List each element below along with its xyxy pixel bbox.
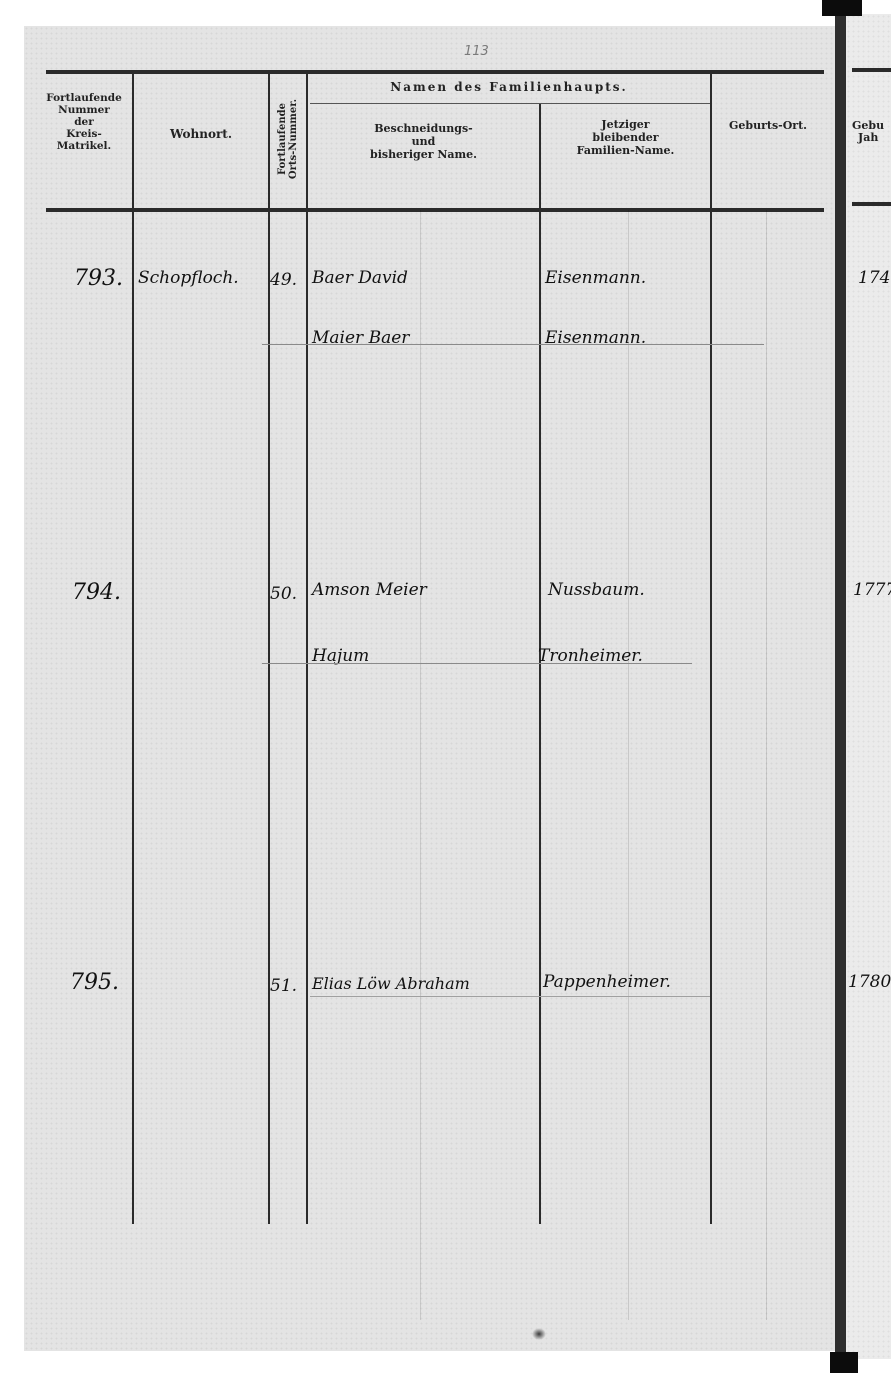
col-line-3 xyxy=(306,74,308,1224)
header-line: Nummer xyxy=(36,104,132,116)
header-wohnort: Wohnort. xyxy=(134,128,268,140)
facing-page-strip xyxy=(846,14,891,1359)
register-page xyxy=(24,26,836,1351)
familien-name: Nussbaum. xyxy=(548,580,645,600)
entry-underline xyxy=(310,996,710,997)
facing-header-top-rule xyxy=(852,68,891,72)
bisheriger-name: Elias Löw Abraham xyxy=(312,974,470,993)
header-kreis-nummer: Fortlaufende Nummer der Kreis- Matrikel. xyxy=(36,92,132,152)
faint-ruling xyxy=(766,210,767,1320)
scan-border-bottom xyxy=(830,1352,858,1373)
col-line-5 xyxy=(710,74,712,1224)
header-geburts-ort: Geburts-Ort. xyxy=(712,120,824,132)
header-bisheriger-name: Beschneidungs- und bisheriger Name. xyxy=(308,122,539,161)
familien-name: Pappenheimer. xyxy=(543,972,671,992)
header-line: Jetziger xyxy=(541,118,710,131)
header-line: bleibender xyxy=(541,131,710,144)
kreis-nummer: 793. xyxy=(74,266,123,291)
header-line: Kreis- xyxy=(36,128,132,140)
header-line: der xyxy=(36,116,132,128)
header-line: Fortlaufende xyxy=(36,92,132,104)
header-bottom-rule xyxy=(46,208,824,212)
entry-underline xyxy=(262,344,764,345)
header-line: bisheriger Name. xyxy=(308,148,539,161)
ink-stain xyxy=(532,1328,546,1340)
col-line-1 xyxy=(132,74,134,1224)
bisheriger-name: Maier Baer xyxy=(312,328,409,348)
wohnort: Schopfloch. xyxy=(138,268,239,288)
group-header-rule xyxy=(310,103,710,104)
familien-name: Eisenmann. xyxy=(545,328,646,348)
bisheriger-name: Baer David xyxy=(312,268,408,288)
kreis-nummer: 794. xyxy=(72,580,121,605)
header-familien-name: Jetziger bleibender Familien-Name. xyxy=(541,118,710,157)
orts-nummer: 51. xyxy=(270,976,297,996)
book-gutter xyxy=(835,14,846,1359)
facing-header-bottom-rule xyxy=(852,202,891,206)
header-line: und xyxy=(308,135,539,148)
geburts-jahr: 174 xyxy=(858,268,890,288)
header-line: Jah xyxy=(852,132,891,144)
geburts-jahr: 1780 xyxy=(848,972,891,992)
header-geburts-jahr-partial: Gebu Jah xyxy=(852,120,891,144)
geburts-jahr: 1777 xyxy=(853,580,891,600)
familien-name: Eisenmann. xyxy=(545,268,646,288)
entry-underline xyxy=(262,663,692,664)
scan-border-top xyxy=(822,0,862,16)
header-orts-nummer: Fortlaufende Orts-Nummer. xyxy=(277,84,299,194)
col-line-2 xyxy=(268,74,270,1224)
header-line: Matrikel. xyxy=(36,140,132,152)
header-line: Orts-Nummer. xyxy=(288,84,299,194)
orts-nummer: 50. xyxy=(270,584,297,604)
bisheriger-name: Amson Meier xyxy=(312,580,427,600)
orts-nummer: 49. xyxy=(270,270,297,290)
header-line: Fortlaufende xyxy=(277,84,288,194)
pencil-page-number: 113 xyxy=(464,44,489,59)
faint-ruling xyxy=(420,210,421,1320)
header-group-namen: Namen des Familienhaupts. xyxy=(308,80,710,94)
header-line: Familien-Name. xyxy=(541,144,710,157)
header-line: Beschneidungs- xyxy=(308,122,539,135)
kreis-nummer: 795. xyxy=(70,970,119,995)
header-top-rule xyxy=(46,70,824,74)
faint-ruling xyxy=(628,210,629,1320)
